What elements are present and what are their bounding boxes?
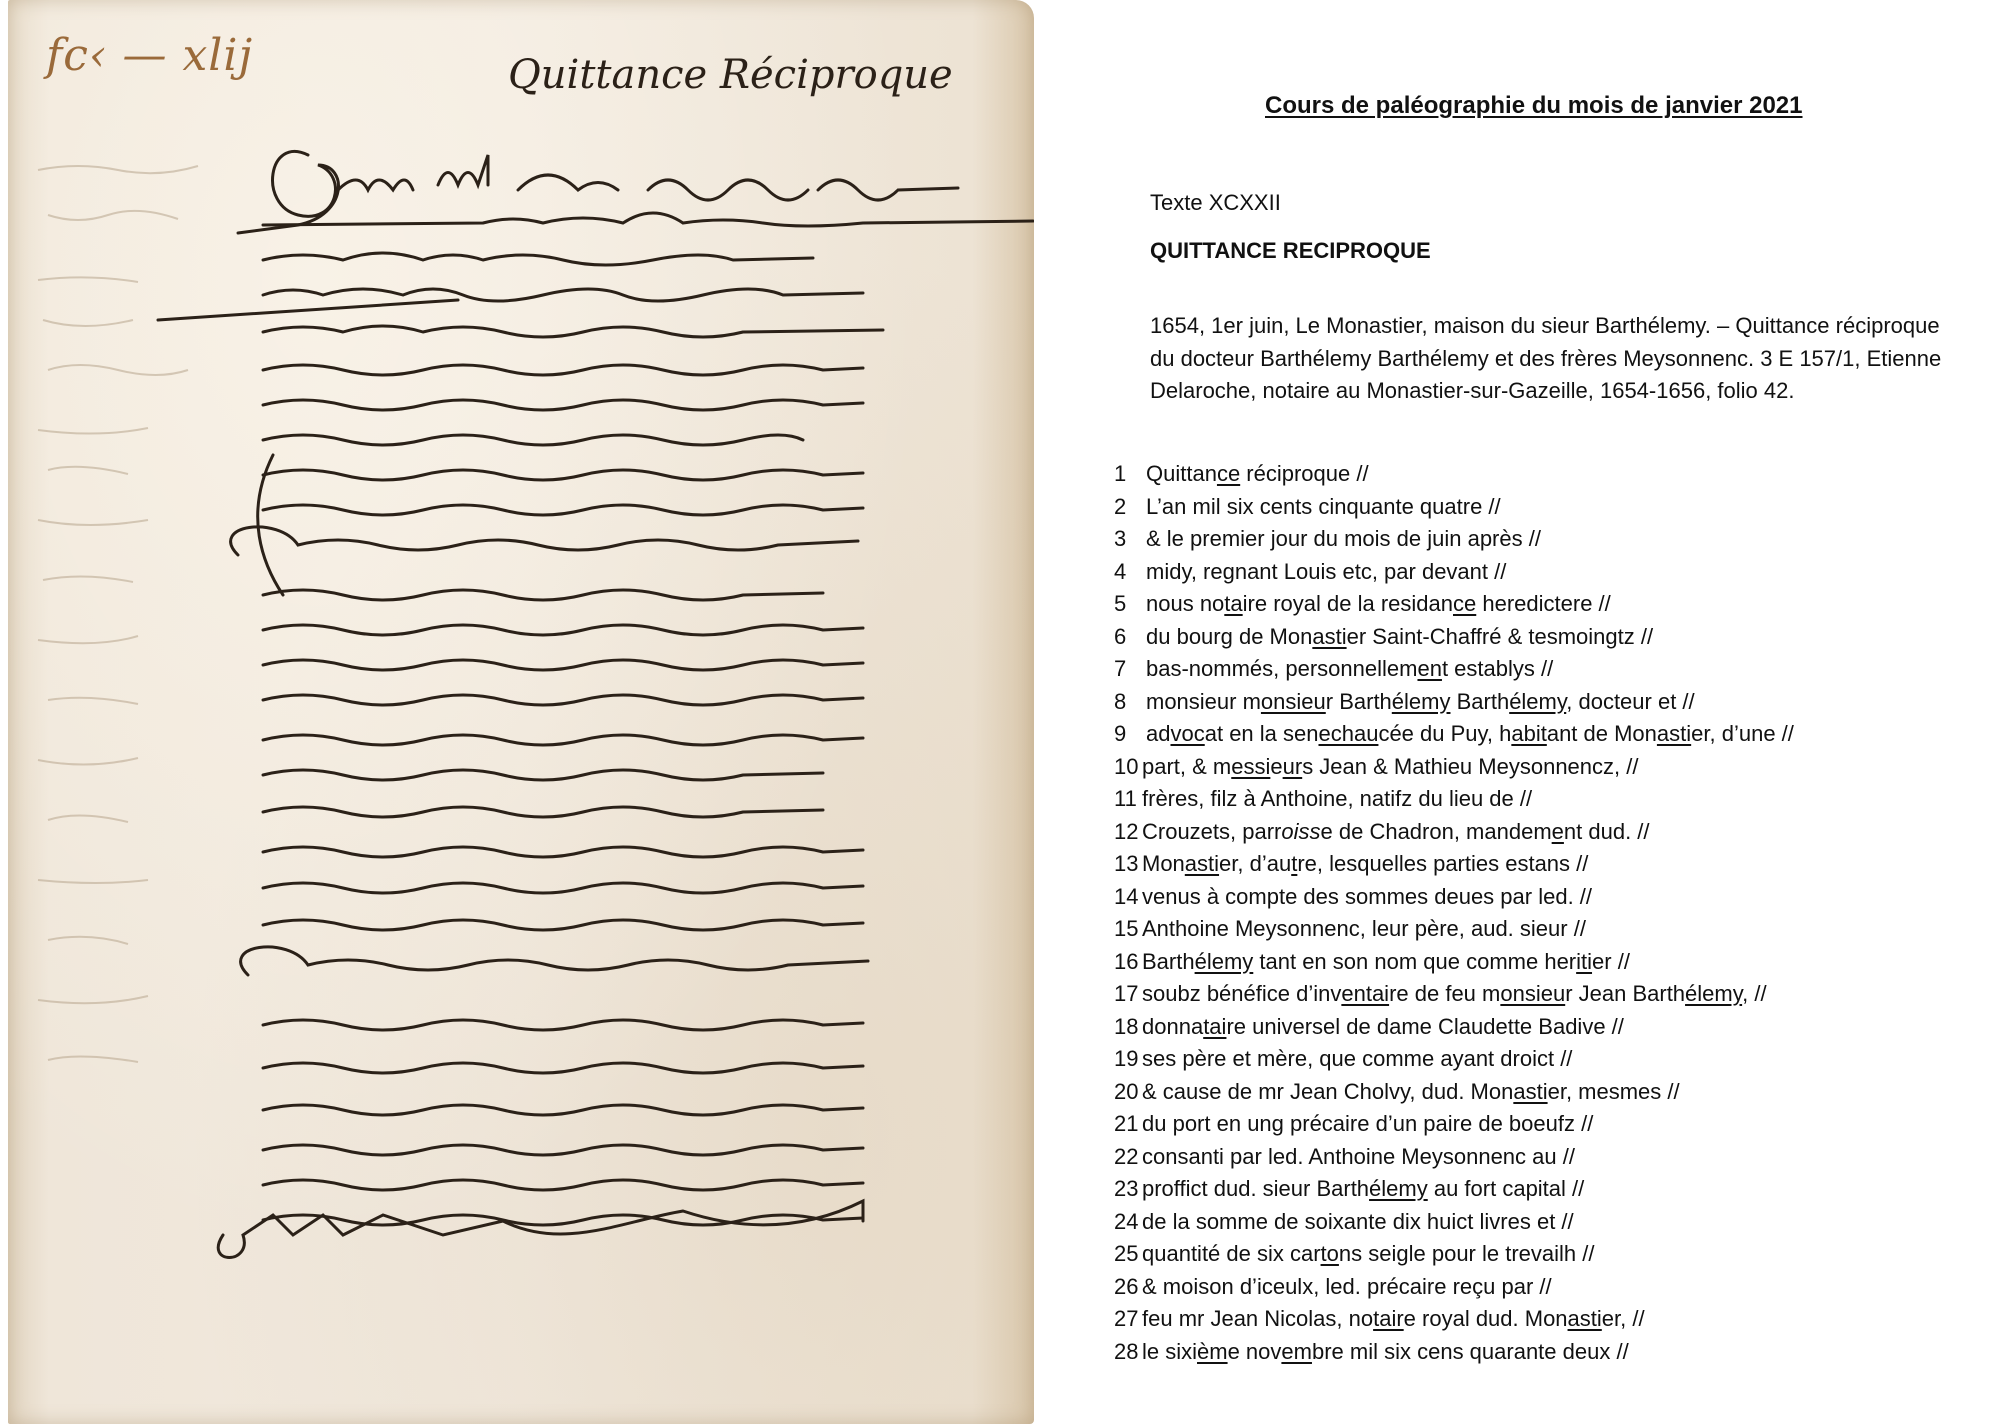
line-text: frères, filz à Anthoine, natifz du lieu … <box>1142 786 1532 811</box>
line-text: quantité de six cartons seigle pour le t… <box>1142 1241 1594 1266</box>
line-number: 23 <box>1114 1173 1142 1206</box>
course-title: Cours de paléographie du mois de janvier… <box>1265 92 1803 120</box>
line-number: 24 <box>1114 1206 1142 1239</box>
transcription-line: 1Quittance réciproque // <box>1114 458 1974 491</box>
line-text: proffict dud. sieur Barthélemy au fort c… <box>1142 1176 1584 1201</box>
line-number: 27 <box>1114 1303 1142 1336</box>
transcription-line: 7bas-nommés, personnellement establys // <box>1114 653 1974 686</box>
transcription-line: 9advocat en la senechaucée du Puy, habit… <box>1114 718 1974 751</box>
line-text: venus à compte des sommes deues par led.… <box>1142 884 1592 909</box>
line-number: 17 <box>1114 978 1142 1011</box>
text-number: Texte XCXXII <box>1150 190 1281 216</box>
line-text: soubz bénéfice d’inventaire de feu monsi… <box>1142 981 1767 1006</box>
transcription-line: 14venus à compte des sommes deues par le… <box>1114 881 1974 914</box>
line-number: 20 <box>1114 1076 1142 1109</box>
transcription-line: 21du port en ung précaire d’un paire de … <box>1114 1108 1974 1141</box>
line-text: Crouzets, parroisse de Chadron, mandemen… <box>1142 819 1650 844</box>
transcription-line: 12Crouzets, parroisse de Chadron, mandem… <box>1114 816 1974 849</box>
margin-folio-note: fc‹ — xlij <box>46 30 253 81</box>
transcription-line: 15Anthoine Meysonnenc, leur père, aud. s… <box>1114 913 1974 946</box>
line-text: consanti par led. Anthoine Meysonnenc au… <box>1142 1144 1575 1169</box>
line-number: 12 <box>1114 816 1142 849</box>
line-number: 2 <box>1114 491 1146 524</box>
line-text: Barthélemy tant en son nom que comme her… <box>1142 949 1630 974</box>
line-number: 8 <box>1114 686 1146 719</box>
transcription-lines: 1Quittance réciproque //2L’an mil six ce… <box>1114 458 1974 1368</box>
line-text: Quittance réciproque // <box>1146 461 1369 486</box>
line-number: 4 <box>1114 556 1146 589</box>
line-number: 10 <box>1114 751 1142 784</box>
line-text: monsieur monsieur Barthélemy Barthélemy,… <box>1146 689 1695 714</box>
line-number: 16 <box>1114 946 1142 979</box>
line-number: 11 <box>1114 783 1142 816</box>
line-text: bas-nommés, personnellement establys // <box>1146 656 1553 681</box>
line-number: 14 <box>1114 881 1142 914</box>
manuscript-image: fc‹ — xlij Quittance Réciproque <box>8 0 1034 1424</box>
manuscript-heading: Quittance Réciproque <box>508 52 953 98</box>
line-text: nous notaire royal de la residance hered… <box>1146 591 1611 616</box>
line-text: du bourg de Monastier Saint-Chaffré & te… <box>1146 624 1653 649</box>
line-number: 22 <box>1114 1141 1142 1174</box>
transcription-line: 28le sixième novembre mil six cens quara… <box>1114 1336 1974 1369</box>
archival-summary: 1654, 1er juin, Le Monastier, maison du … <box>1150 310 1950 408</box>
transcription-line: 17soubz bénéfice d’inventaire de feu mon… <box>1114 978 1974 1011</box>
transcription-line: 24de la somme de soixante dix huict livr… <box>1114 1206 1974 1239</box>
line-text: de la somme de soixante dix huict livres… <box>1142 1209 1574 1234</box>
transcription-line: 10part, & messieurs Jean & Mathieu Meyso… <box>1114 751 1974 784</box>
text-heading: QUITTANCE RECIPROQUE <box>1150 238 1431 264</box>
transcription-line: 23proffict dud. sieur Barthélemy au fort… <box>1114 1173 1974 1206</box>
transcription-line: 11frères, filz à Anthoine, natifz du lie… <box>1114 783 1974 816</box>
line-text: le sixième novembre mil six cens quarant… <box>1142 1339 1629 1364</box>
line-text: & moison d’iceulx, led. précaire reçu pa… <box>1142 1274 1552 1299</box>
transcription-line: 26& moison d’iceulx, led. précaire reçu … <box>1114 1271 1974 1304</box>
line-text: Monastier, d’autre, lesquelles parties e… <box>1142 851 1588 876</box>
line-number: 13 <box>1114 848 1142 881</box>
transcription-line: 8monsieur monsieur Barthélemy Barthélemy… <box>1114 686 1974 719</box>
line-number: 21 <box>1114 1108 1142 1141</box>
line-text: feu mr Jean Nicolas, notaire royal dud. … <box>1142 1306 1645 1331</box>
transcription-line: 4midy, regnant Louis etc, par devant // <box>1114 556 1974 589</box>
line-text: L’an mil six cents cinquante quatre // <box>1146 494 1501 519</box>
line-number: 19 <box>1114 1043 1142 1076</box>
line-number: 5 <box>1114 588 1146 621</box>
line-number: 15 <box>1114 913 1142 946</box>
line-text: Anthoine Meysonnenc, leur père, aud. sie… <box>1142 916 1586 941</box>
transcription-line: 19ses père et mère, que comme ayant droi… <box>1114 1043 1974 1076</box>
line-text: ses père et mère, que comme ayant droict… <box>1142 1046 1572 1071</box>
transcription-line: 18donnataire universel de dame Claudette… <box>1114 1011 1974 1044</box>
transcription-line: 13Monastier, d’autre, lesquelles parties… <box>1114 848 1974 881</box>
line-number: 7 <box>1114 653 1146 686</box>
line-text: part, & messieurs Jean & Mathieu Meysonn… <box>1142 754 1638 779</box>
transcription-line: 20& cause de mr Jean Cholvy, dud. Monast… <box>1114 1076 1974 1109</box>
line-number: 26 <box>1114 1271 1142 1304</box>
line-text: advocat en la senechaucée du Puy, habita… <box>1146 721 1794 746</box>
line-text: & le premier jour du mois de juin après … <box>1146 526 1541 551</box>
line-text: & cause de mr Jean Cholvy, dud. Monastie… <box>1142 1079 1680 1104</box>
line-number: 1 <box>1114 458 1146 491</box>
line-number: 9 <box>1114 718 1146 751</box>
line-number: 28 <box>1114 1336 1142 1369</box>
transcription-line: 25quantité de six cartons seigle pour le… <box>1114 1238 1974 1271</box>
line-text: donnataire universel de dame Claudette B… <box>1142 1014 1624 1039</box>
transcription-line: 16Barthélemy tant en son nom que comme h… <box>1114 946 1974 979</box>
transcription-line: 5nous notaire royal de la residance here… <box>1114 588 1974 621</box>
transcription-line: 3& le premier jour du mois de juin après… <box>1114 523 1974 556</box>
line-number: 18 <box>1114 1011 1142 1044</box>
handwriting-strokes <box>8 0 1034 1424</box>
line-number: 25 <box>1114 1238 1142 1271</box>
line-text: midy, regnant Louis etc, par devant // <box>1146 559 1506 584</box>
line-number: 6 <box>1114 621 1146 654</box>
transcription-line: 22consanti par led. Anthoine Meysonnenc … <box>1114 1141 1974 1174</box>
transcription-line: 2L’an mil six cents cinquante quatre // <box>1114 491 1974 524</box>
transcription-line: 6du bourg de Monastier Saint-Chaffré & t… <box>1114 621 1974 654</box>
transcription-line: 27feu mr Jean Nicolas, notaire royal dud… <box>1114 1303 1974 1336</box>
line-text: du port en ung précaire d’un paire de bo… <box>1142 1111 1593 1136</box>
line-number: 3 <box>1114 523 1146 556</box>
